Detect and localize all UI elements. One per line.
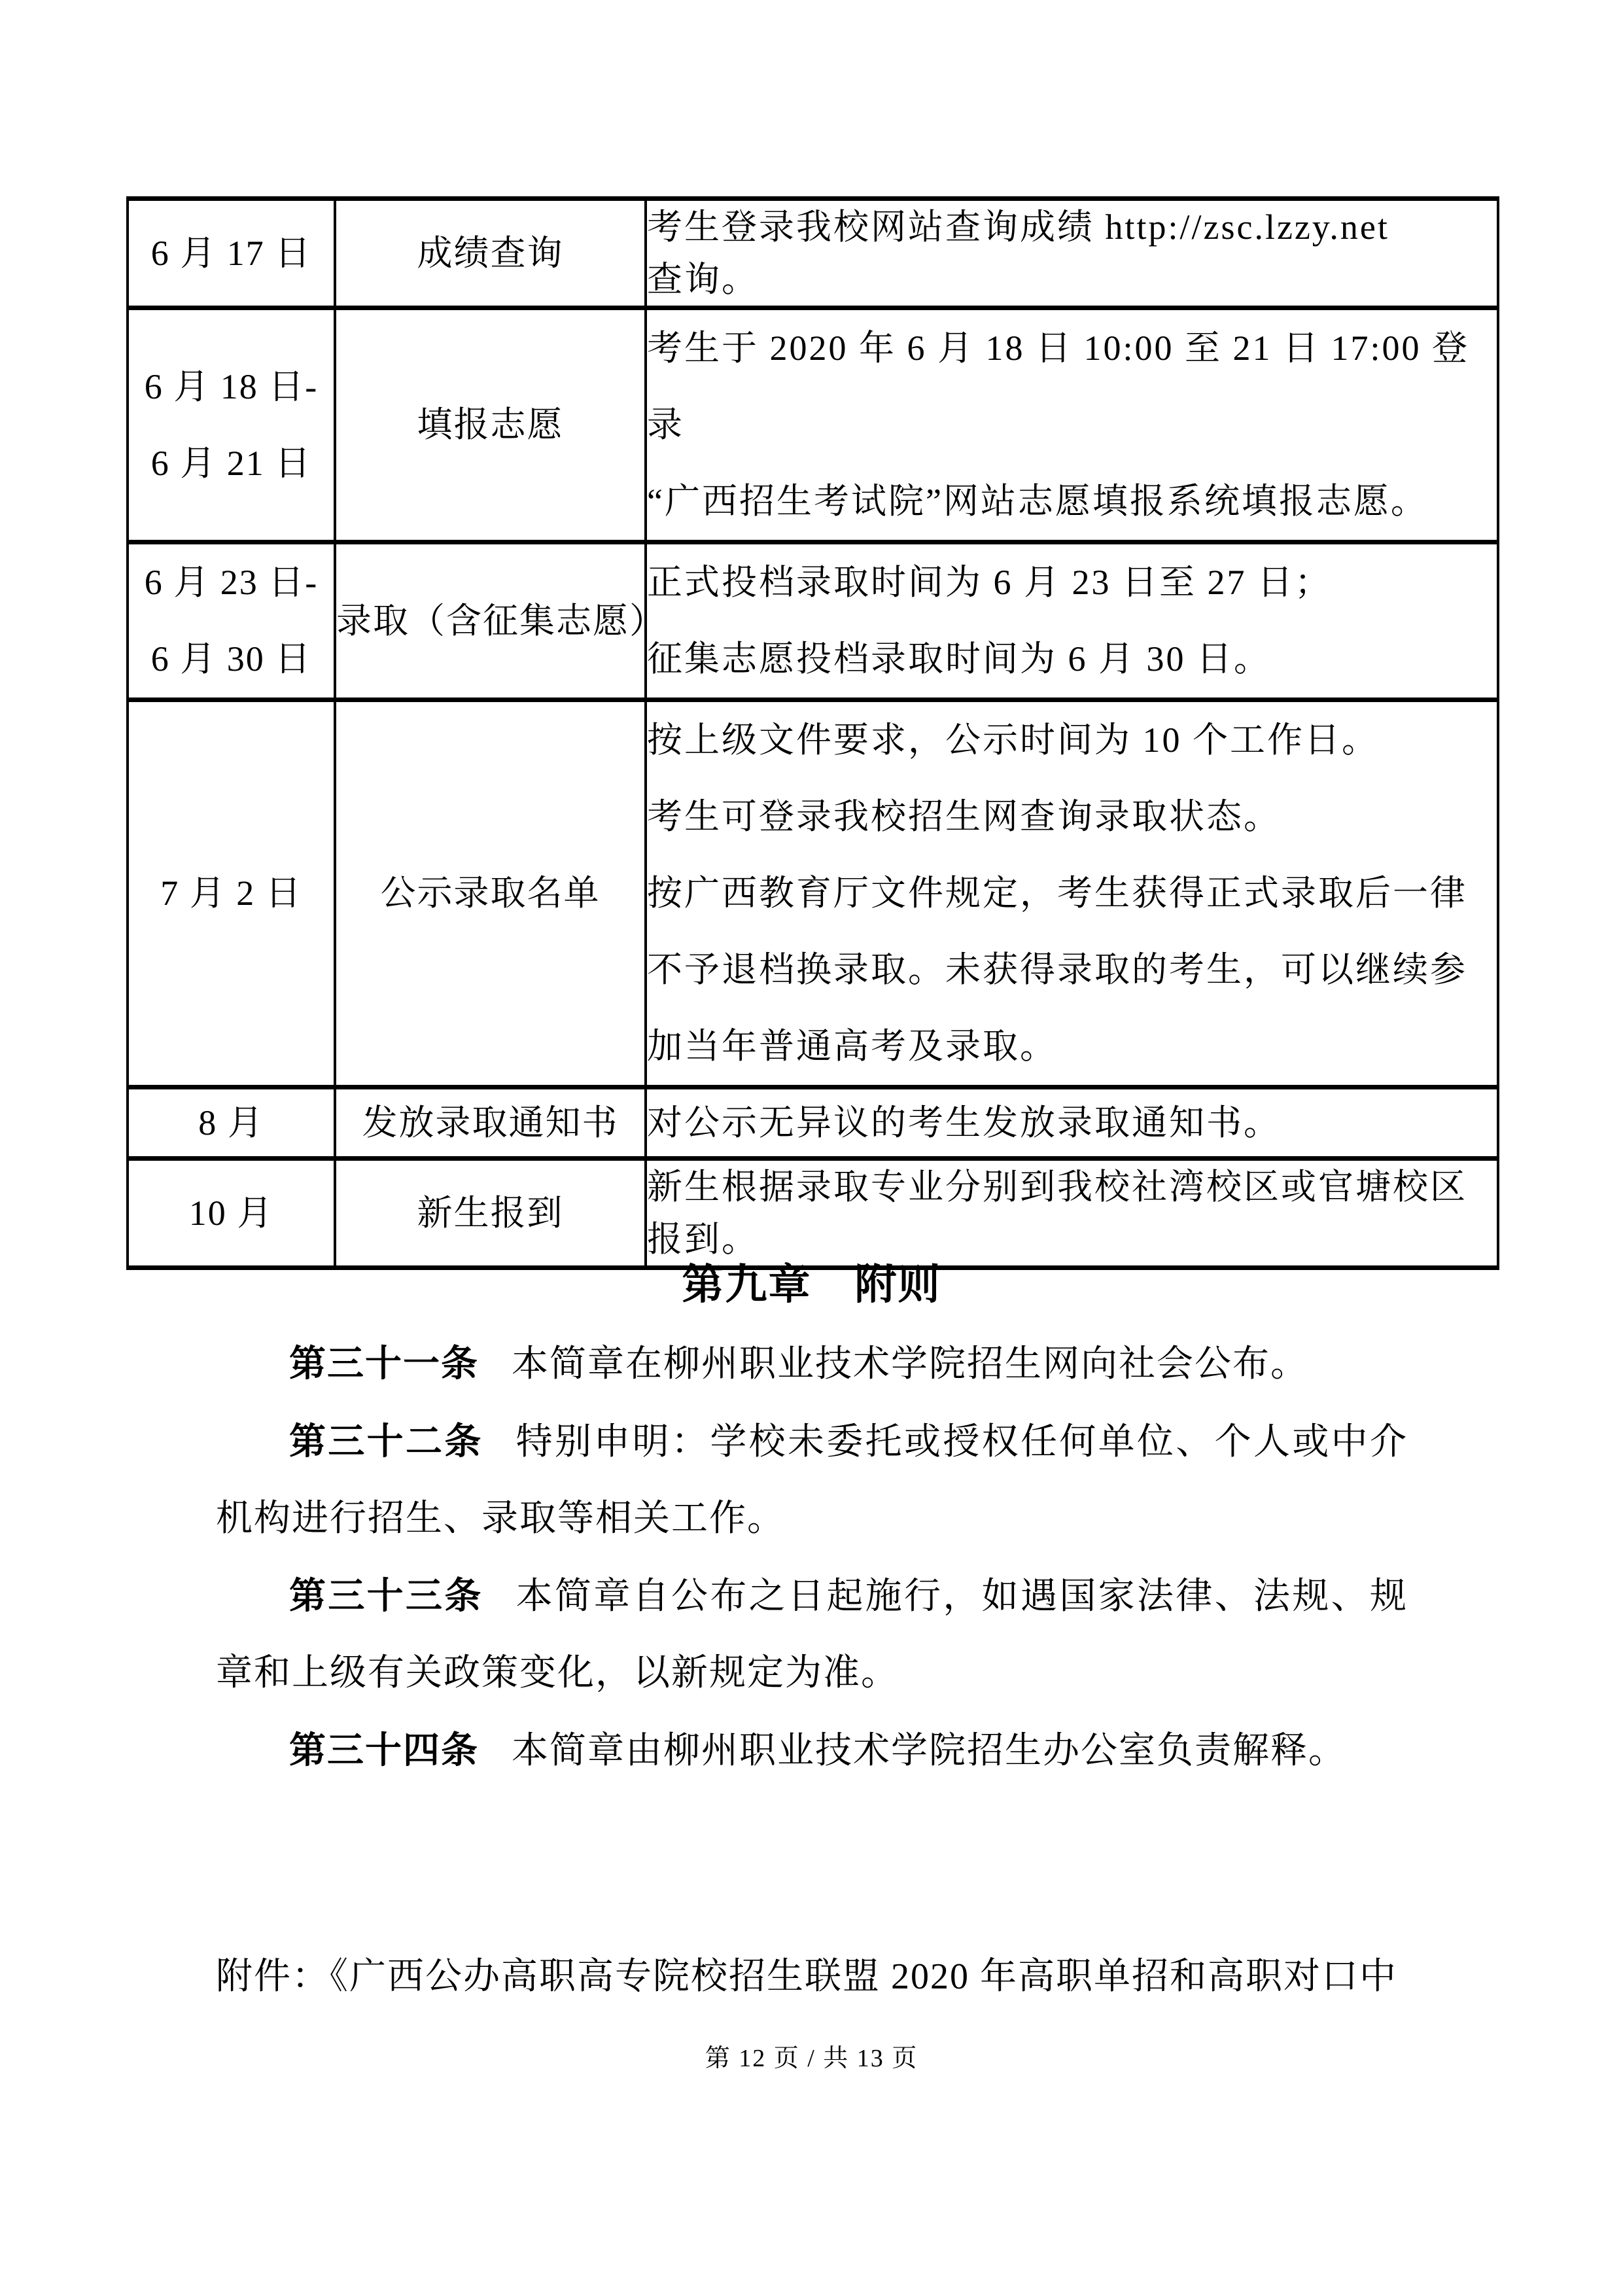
- date-cell: 6 月 23 日- 6 月 30 日: [128, 542, 335, 700]
- desc-line: 考生可登录我校招生网查询录取状态。: [647, 779, 1497, 855]
- date-line: 6 月 23 日-: [129, 544, 334, 621]
- article-paragraph: 第三十二条特别申明：学校未委托或授权任何单位、个人或中介机构进行招生、录取等相关…: [216, 1403, 1408, 1557]
- desc-cell: 正式投档录取时间为 6 月 23 日至 27 日； 征集志愿投档录取时间为 6 …: [646, 542, 1498, 700]
- desc-cell: 考生登录我校网站查询成绩 http://zsc.lzzy.net 查询。: [646, 199, 1498, 308]
- date-cell: 10 月: [128, 1159, 335, 1268]
- page-number: 第 12 页 / 共 13 页: [0, 2040, 1623, 2077]
- item-label: 录取（含征集志愿）: [336, 583, 644, 660]
- date-cell: 7 月 2 日: [128, 700, 335, 1087]
- item-label: 发放录取通知书: [336, 1097, 644, 1149]
- item-label: 新生报到: [336, 1187, 644, 1239]
- desc-cell: 考生于 2020 年 6 月 18 日 10:00 至 21 日 17:00 登…: [646, 308, 1498, 542]
- item-cell: 新生报到: [335, 1159, 646, 1268]
- date-cell: 6 月 17 日: [128, 199, 335, 308]
- item-cell: 录取（含征集志愿）: [335, 542, 646, 700]
- table-row: 8 月 发放录取通知书 对公示无异议的考生发放录取通知书。: [128, 1087, 1498, 1159]
- desc-line: 对公示无异议的考生发放录取通知书。: [647, 1097, 1497, 1149]
- articles-section: 第三十一条本简章在柳州职业技术学院招生网向社会公布。 第三十二条特别申明：学校未…: [216, 1325, 1408, 1790]
- desc-line: 新生根据录取专业分别到我校社湾校区或官塘校区: [647, 1161, 1497, 1213]
- date-line: 6 月 21 日: [129, 425, 334, 502]
- date-line: 6 月 17 日: [129, 227, 334, 279]
- article-number: 第三十二条: [289, 1421, 483, 1462]
- article-paragraph: 第三十四条本简章由柳州职业技术学院招生办公室负责解释。: [216, 1712, 1408, 1790]
- article-text: 本简章由柳州职业技术学院招生办公室负责解释。: [512, 1731, 1346, 1771]
- date-cell: 6 月 18 日- 6 月 21 日: [128, 308, 335, 542]
- item-cell: 填报志愿: [335, 308, 646, 542]
- desc-line: 加当年普通高考及录取。: [647, 1008, 1497, 1085]
- desc-cell: 对公示无异议的考生发放录取通知书。: [646, 1087, 1498, 1159]
- desc-line: 查询。: [647, 253, 1497, 306]
- date-line: 10 月: [129, 1187, 334, 1239]
- desc-cell: 按上级文件要求，公示时间为 10 个工作日。 考生可登录我校招生网查询录取状态。…: [646, 700, 1498, 1087]
- item-label: 填报志愿: [336, 387, 644, 463]
- table-row: 10 月 新生报到 新生根据录取专业分别到我校社湾校区或官塘校区 报到。: [128, 1159, 1498, 1268]
- date-line: 8 月: [129, 1097, 334, 1149]
- date-line: 7 月 2 日: [129, 855, 334, 932]
- article-paragraph: 第三十一条本简章在柳州职业技术学院招生网向社会公布。: [216, 1325, 1408, 1403]
- schedule-table: 6 月 17 日 成绩查询 考生登录我校网站查询成绩 http://zsc.lz…: [126, 196, 1499, 1270]
- item-label: 成绩查询: [336, 227, 644, 279]
- item-label: 公示录取名单: [336, 855, 644, 932]
- desc-line: 征集志愿投档录取时间为 6 月 30 日。: [647, 621, 1497, 698]
- document-page: 6 月 17 日 成绩查询 考生登录我校网站查询成绩 http://zsc.lz…: [0, 0, 1623, 2296]
- desc-line: 正式投档录取时间为 6 月 23 日至 27 日；: [647, 544, 1497, 621]
- date-line: 6 月 18 日-: [129, 349, 334, 425]
- article-paragraph: 第三十三条本简章自公布之日起施行，如遇国家法律、法规、规章和上级有关政策变化，以…: [216, 1557, 1408, 1712]
- desc-line: “广西招生考试院”网站志愿填报系统填报志愿。: [647, 463, 1497, 540]
- item-cell: 成绩查询: [335, 199, 646, 308]
- article-number: 第三十四条: [289, 1729, 479, 1771]
- desc-cell: 新生根据录取专业分别到我校社湾校区或官塘校区 报到。: [646, 1159, 1498, 1268]
- table-row: 6 月 18 日- 6 月 21 日 填报志愿 考生于 2020 年 6 月 1…: [128, 308, 1498, 542]
- table-row: 6 月 23 日- 6 月 30 日 录取（含征集志愿） 正式投档录取时间为 6…: [128, 542, 1498, 700]
- desc-line: 不予退档换录取。未获得录取的考生，可以继续参: [647, 932, 1497, 1008]
- article-number: 第三十三条: [289, 1575, 483, 1616]
- item-cell: 公示录取名单: [335, 700, 646, 1087]
- desc-line: 考生于 2020 年 6 月 18 日 10:00 至 21 日 17:00 登…: [647, 310, 1497, 463]
- desc-line: 考生登录我校网站查询成绩 http://zsc.lzzy.net: [647, 201, 1497, 253]
- date-cell: 8 月: [128, 1087, 335, 1159]
- date-line: 6 月 30 日: [129, 621, 334, 698]
- desc-line: 报到。: [647, 1213, 1497, 1265]
- desc-line: 按广西教育厅文件规定，考生获得正式录取后一律: [647, 855, 1497, 932]
- article-text: 本简章在柳州职业技术学院招生网向社会公布。: [512, 1344, 1308, 1385]
- desc-line: 按上级文件要求，公示时间为 10 个工作日。: [647, 702, 1497, 779]
- attachment-line: 附件：《广西公办高职高专院校招生联盟 2020 年高职单招和高职对口中: [216, 1939, 1498, 2015]
- table-row: 6 月 17 日 成绩查询 考生登录我校网站查询成绩 http://zsc.lz…: [128, 199, 1498, 308]
- chapter-title: 第九章 附则: [0, 1262, 1623, 1307]
- item-cell: 发放录取通知书: [335, 1087, 646, 1159]
- article-number: 第三十一条: [289, 1343, 479, 1384]
- table-row: 7 月 2 日 公示录取名单 按上级文件要求，公示时间为 10 个工作日。 考生…: [128, 700, 1498, 1087]
